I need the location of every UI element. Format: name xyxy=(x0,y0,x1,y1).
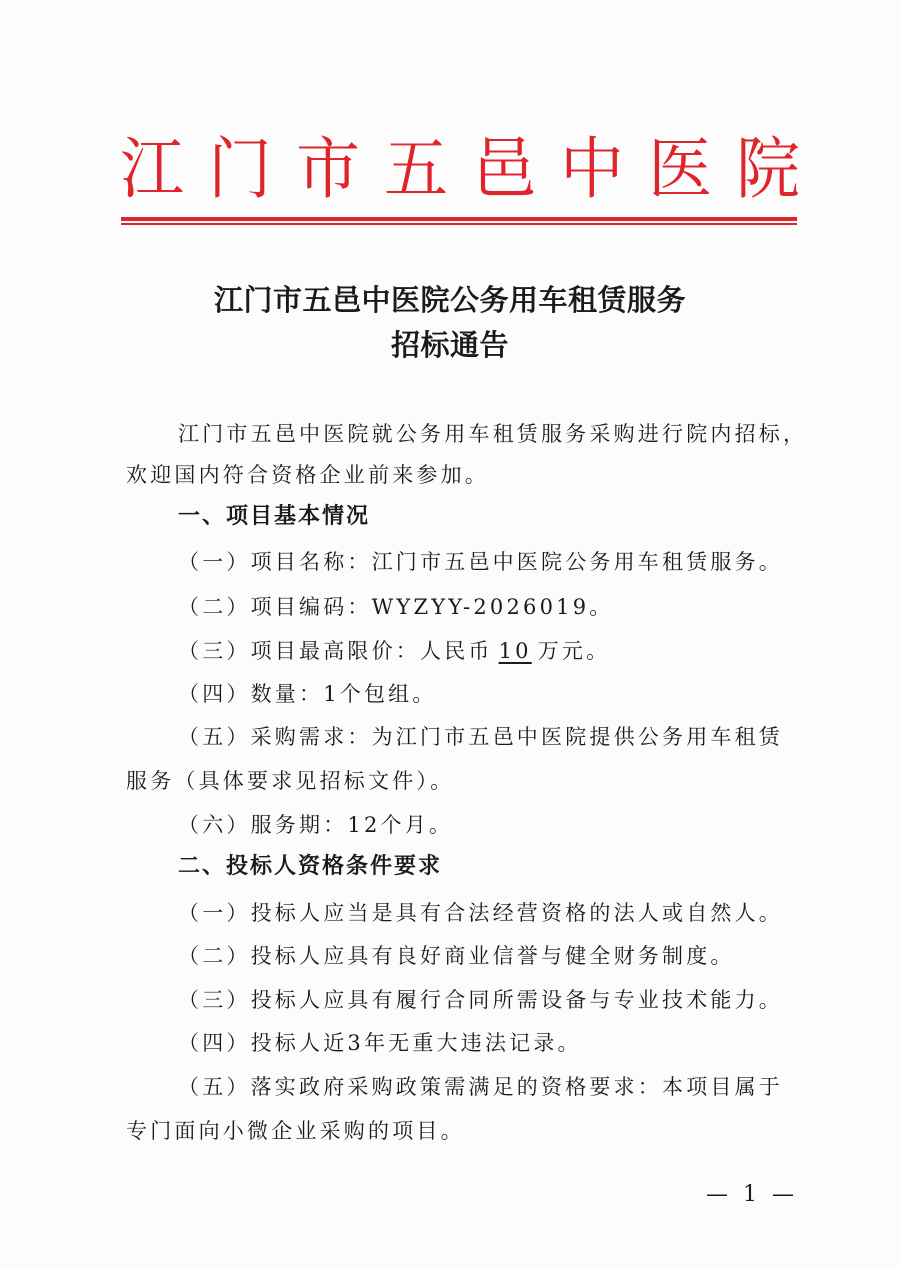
masthead-char: 院 xyxy=(736,136,800,203)
section1-item5-line1: （五）采购需求：为江门市五邑中医院提供公务用车租赁 xyxy=(178,727,850,748)
price-unit: 万元。 xyxy=(538,639,611,663)
section1-item4: （四）数量：1个包组。 xyxy=(178,684,850,705)
section2-item1: （一）投标人应当是具有合法经营资格的法人或自然人。 xyxy=(178,903,850,924)
masthead-char: 江 xyxy=(120,136,184,203)
section1-heading: 一、项目基本情况 xyxy=(178,506,850,528)
section2-item5-line2: 专门面向小微企业采购的项目。 xyxy=(126,1121,798,1142)
masthead-divider-thick xyxy=(121,217,797,221)
document-title-line1: 江门市五邑中医院公务用车租赁服务 xyxy=(0,278,900,319)
section1-item6: （六）服务期：12个月。 xyxy=(178,815,850,836)
masthead-divider-thin xyxy=(121,223,797,225)
masthead-char: 门 xyxy=(208,136,272,203)
section2-heading: 二、投标人资格条件要求 xyxy=(178,856,850,878)
section2-item3: （三）投标人应具有履行合同所需设备与专业技术能力。 xyxy=(178,990,850,1011)
section2-item2: （二）投标人应具有良好商业信誉与健全财务制度。 xyxy=(178,946,850,967)
masthead-char: 邑 xyxy=(472,136,536,203)
page-number: — 1 — xyxy=(706,1182,798,1207)
masthead-char: 五 xyxy=(384,136,448,203)
masthead-hospital-name: 江 门 市 五 邑 中 医 院 xyxy=(120,130,800,210)
section1-item3: （三）项目最高限价：人民币10万元。 xyxy=(178,641,850,662)
section2-item4: （四）投标人近3年无重大违法记录。 xyxy=(178,1033,850,1054)
section1-item2: （二）项目编码：WYZYY-2026019。 xyxy=(178,597,850,618)
masthead-char: 市 xyxy=(296,136,360,203)
document-title-line2: 招标通告 xyxy=(0,323,900,364)
section1-item1: （一）项目名称：江门市五邑中医院公务用车租赁服务。 xyxy=(178,552,850,573)
document-page: 江 门 市 五 邑 中 医 院 江门市五邑中医院公务用车租赁服务 招标通告 江门… xyxy=(0,0,900,1267)
intro-line1: 江门市五邑中医院就公务用车租赁服务采购进行院内招标， xyxy=(178,424,850,445)
price-amount: 10 xyxy=(493,639,538,663)
price-label: （三）项目最高限价：人民币 xyxy=(178,639,493,663)
section2-item5-line1: （五）落实政府采购政策需满足的资格要求：本项目属于 xyxy=(178,1077,850,1098)
section1-item5-line2: 服务（具体要求见招标文件）。 xyxy=(126,771,798,792)
masthead-char: 中 xyxy=(560,136,624,203)
masthead-char: 医 xyxy=(648,136,712,203)
intro-line2: 欢迎国内符合资格企业前来参加。 xyxy=(126,465,798,486)
